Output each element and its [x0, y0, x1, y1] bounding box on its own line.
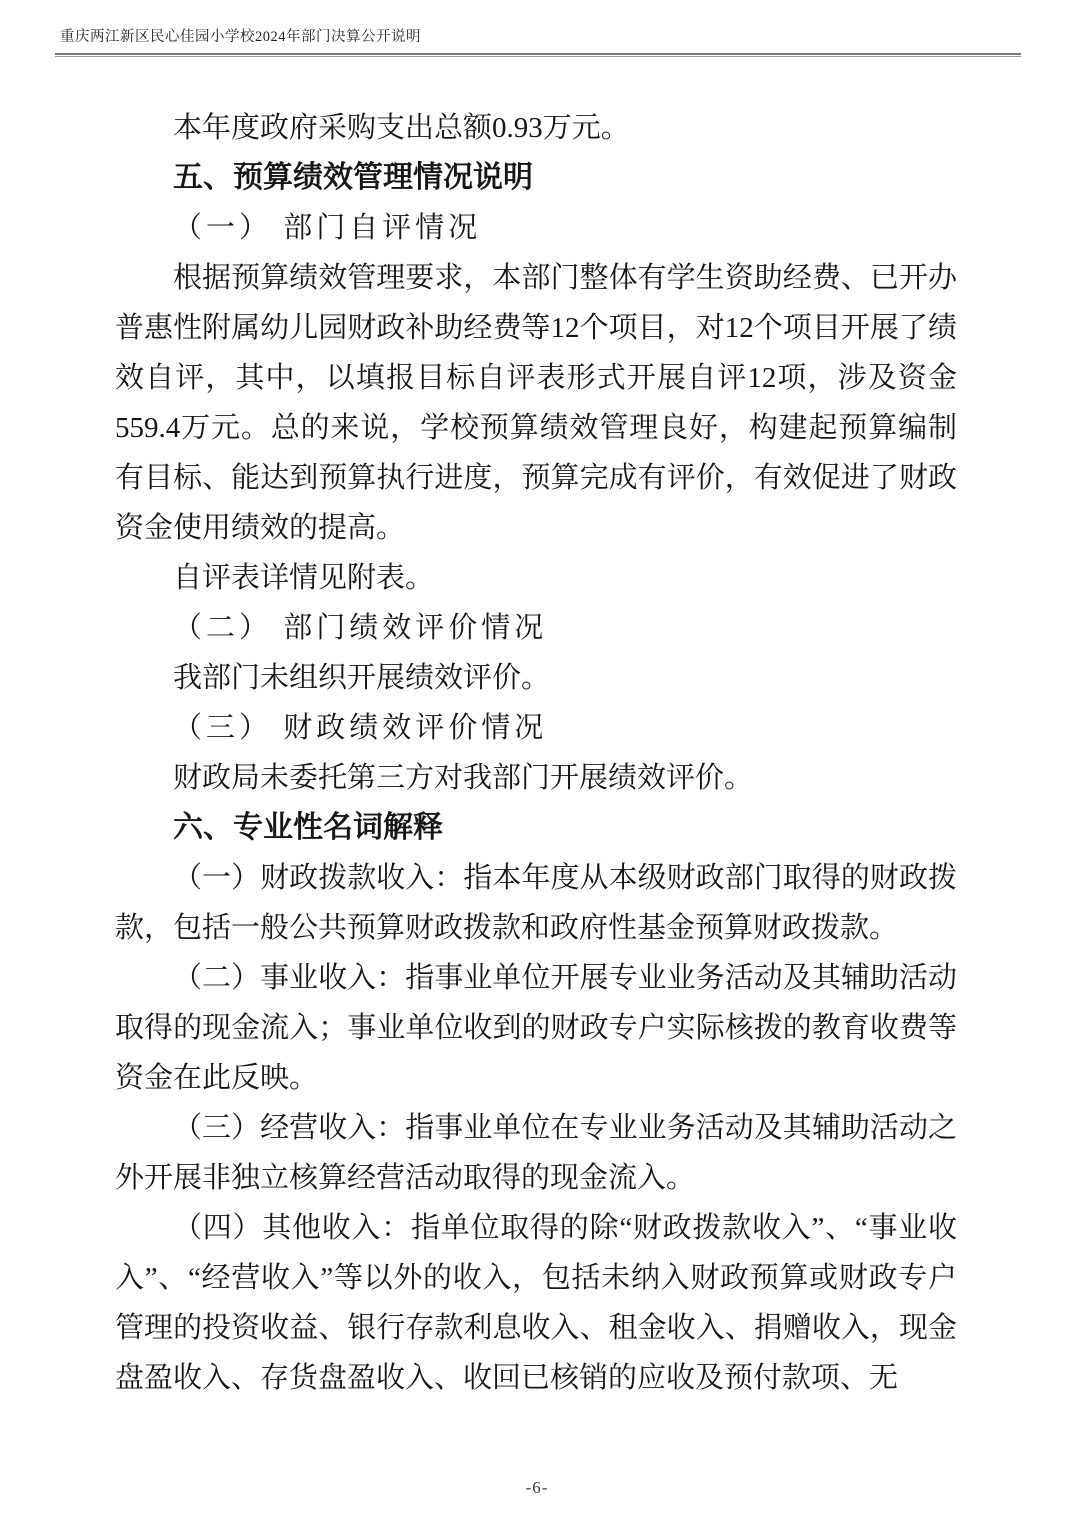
para-no-dept-evaluation: 我部门未组织开展绩效评价。 [115, 653, 957, 703]
para-def-operating-income: （三）经营收入：指事业单位在专业业务活动及其辅助活动之外开展非独立核算经营活动取… [115, 1103, 957, 1203]
page-number: -6- [526, 1478, 549, 1497]
para-no-third-party-evaluation: 财政局未委托第三方对我部门开展绩效评价。 [115, 753, 957, 803]
heading-section-five: 五、预算绩效管理情况说明 [115, 153, 957, 203]
para-govt-procurement-total: 本年度政府采购支出总额0.93万元。 [115, 103, 957, 153]
subheading-dept-self-evaluation: （一） 部门自评情况 [115, 203, 957, 253]
page-header: 重庆两江新区民心佳园小学校2024年部门决算公开说明 [55, 27, 1021, 57]
subheading-fiscal-performance-evaluation: （三） 财政绩效评价情况 [115, 703, 957, 753]
header-rule [55, 53, 1021, 57]
para-see-attachment: 自评表详情见附表。 [115, 553, 957, 603]
page-footer: -6- [0, 1478, 1074, 1498]
para-def-institutional-income: （二）事业收入：指事业单位开展专业业务活动及其辅助活动取得的现金流入；事业单位收… [115, 953, 957, 1103]
header-title: 重庆两江新区民心佳园小学校2024年部门决算公开说明 [55, 27, 1021, 47]
para-def-fiscal-appropriation-income: （一）财政拨款收入：指本年度从本级财政部门取得的财政拨款，包括一般公共预算财政拨… [115, 853, 957, 953]
document-page: 重庆两江新区民心佳园小学校2024年部门决算公开说明 本年度政府采购支出总额0.… [0, 0, 1074, 1520]
para-def-other-income: （四）其他收入：指单位取得的除“财政拨款收入”、“事业收入”、“经营收入”等以外… [115, 1203, 957, 1403]
document-body: 本年度政府采购支出总额0.93万元。 五、预算绩效管理情况说明 （一） 部门自评… [115, 103, 957, 1403]
subheading-dept-performance-evaluation: （二） 部门绩效评价情况 [115, 603, 957, 653]
heading-section-six: 六、专业性名词解释 [115, 803, 957, 853]
para-self-evaluation-details: 根据预算绩效管理要求，本部门整体有学生资助经费、已开办普惠性附属幼儿园财政补助经… [115, 253, 957, 553]
